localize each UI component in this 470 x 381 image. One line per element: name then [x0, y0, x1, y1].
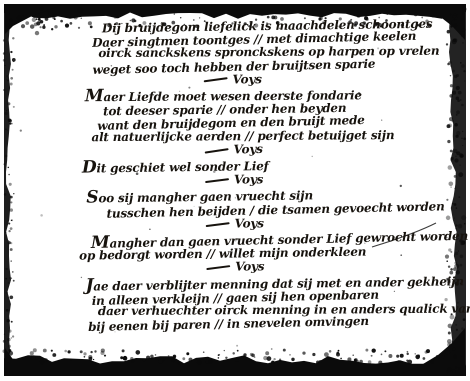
refrain-marker: Voys: [77, 260, 393, 275]
manuscript-text-block: Dij bruijdegom liefelick is maachdelen s…: [74, 17, 466, 333]
refrain-marker: Voys: [77, 216, 393, 231]
manuscript-scan-page: Dij bruijdegom liefelick is maachdelen s…: [0, 0, 470, 381]
manuscript-line: Maer Liefde moet wesen deerste fondarie: [85, 88, 463, 105]
refrain-marker: Voys: [76, 173, 392, 188]
